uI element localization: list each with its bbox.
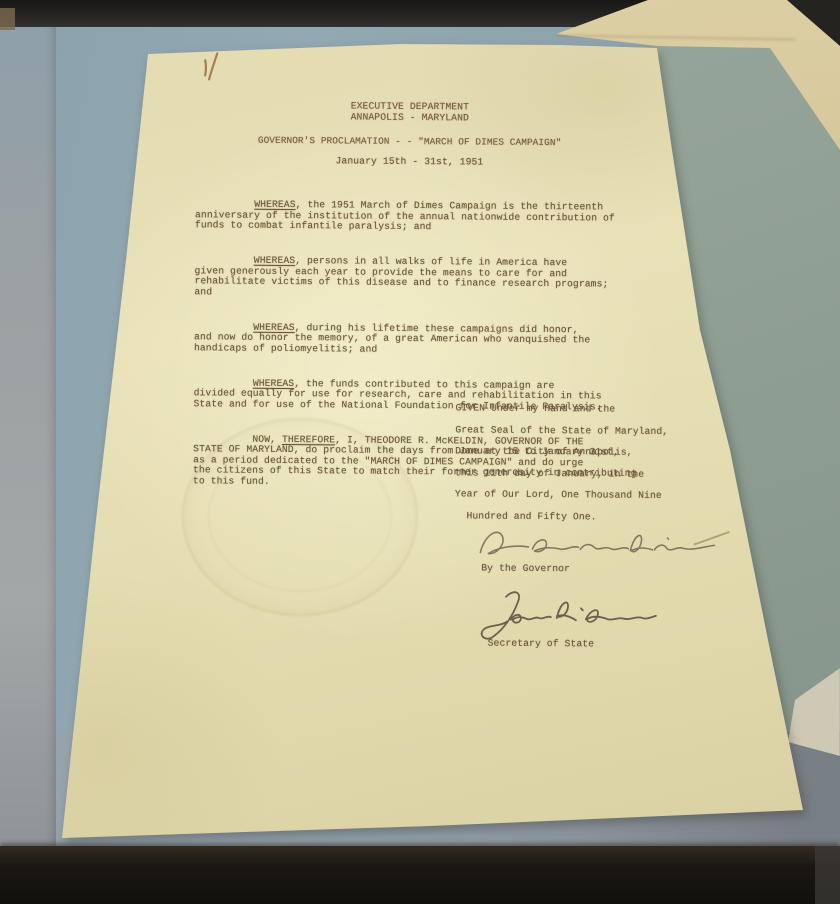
document-content: EXECUTIVE DEPARTMENT ANNAPOLIS - MARYLAN… bbox=[0, 0, 840, 904]
proclamation-title: GOVERNOR'S PROCLAMATION - - "MARCH OF DI… bbox=[160, 135, 660, 150]
attestation-block: GIVEN Under my Hand and the Great Seal o… bbox=[455, 397, 669, 528]
governor-signature bbox=[474, 520, 719, 568]
paragraph-whereas-1: WHEREAS, the 1951 March of Dimes Campaig… bbox=[195, 199, 639, 234]
pencil-annotation-mark bbox=[200, 50, 224, 82]
campaign-date-range: January 15th - 31st, 1951 bbox=[159, 155, 659, 170]
paragraph-whereas-2: WHEREAS, persons in all walks of life in… bbox=[194, 255, 638, 301]
bottom-right-light-patch bbox=[815, 846, 840, 904]
photo-backdrop: EXECUTIVE DEPARTMENT ANNAPOLIS - MARYLAN… bbox=[0, 0, 840, 904]
by-the-governor-line: By the Governor bbox=[481, 564, 570, 575]
paragraph-whereas-3: WHEREAS, during his lifetime these campa… bbox=[194, 322, 638, 357]
secretary-of-state-line: Secretary of State bbox=[488, 639, 595, 650]
bottom-dark-table-edge bbox=[0, 846, 840, 904]
